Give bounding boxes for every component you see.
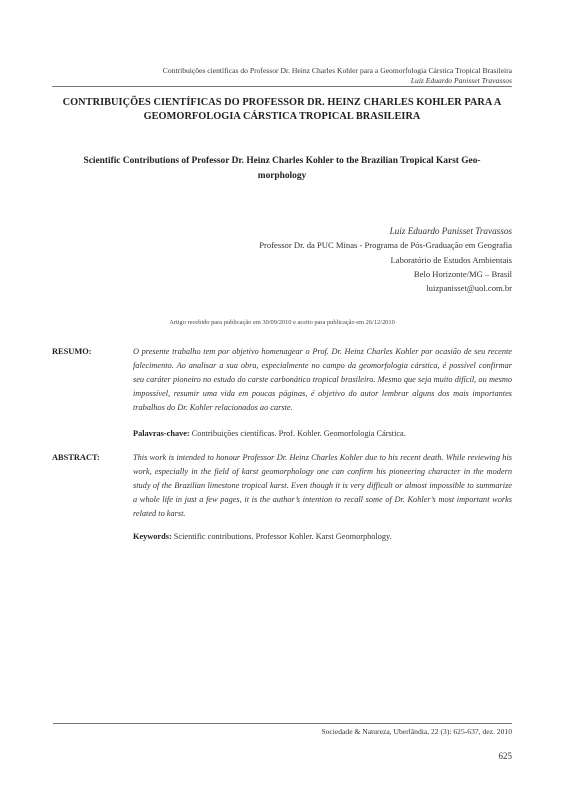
author-block: Luiz Eduardo Panisset Travassos Professo… (200, 224, 512, 295)
title-portuguese-line-1: CONTRIBUIÇÕES CIENTÍFICAS DO PROFESSOR D… (52, 96, 512, 110)
keywords-text: Scientific contributions. Professor Kohl… (174, 532, 392, 541)
title-portuguese: CONTRIBUIÇÕES CIENTÍFICAS DO PROFESSOR D… (52, 96, 512, 124)
received-note: Artigo recebido para publicação em 30/09… (52, 318, 512, 327)
palavras-chave-text: Contribuições científicas. Prof. Kohler.… (192, 429, 406, 438)
resumo-label: RESUMO: (52, 345, 130, 359)
keywords-label: Keywords: (133, 532, 174, 541)
running-head: Contribuições científicas do Professor D… (52, 66, 512, 86)
palavras-chave: Palavras-chave: Contribuições científica… (133, 428, 512, 440)
abstract-text: This work is intended to honour Professo… (133, 451, 512, 521)
footer-citation: Sociedade & Natureza, Uberlândia, 22 (3)… (52, 727, 512, 737)
palavras-chave-label: Palavras-chave: (133, 429, 192, 438)
title-english-line-1: Scientific Contributions of Professor Dr… (52, 154, 512, 169)
header-divider (52, 86, 512, 87)
title-portuguese-line-2: GEOMORFOLOGIA CÁRSTICA TROPICAL BRASILEI… (52, 110, 512, 124)
author-lab: Laboratório de Estudos Ambientais (200, 253, 512, 267)
running-head-title: Contribuições científicas do Professor D… (52, 66, 512, 76)
author-location: Belo Horizonte/MG – Brasil (200, 267, 512, 281)
title-english-line-2: morphology (52, 169, 512, 184)
running-head-author: Luiz Eduardo Panisset Travassos (52, 76, 512, 86)
title-english: Scientific Contributions of Professor Dr… (52, 154, 512, 184)
author-affiliation: Professor Dr. da PUC Minas - Programa de… (200, 238, 512, 252)
abstract-label: ABSTRACT: (52, 451, 130, 465)
footer-divider (53, 723, 512, 724)
keywords: Keywords: Scientific contributions. Prof… (133, 531, 512, 543)
author-name: Luiz Eduardo Panisset Travassos (200, 224, 512, 238)
page-number: 625 (452, 750, 512, 762)
resumo-text: O presente trabalho tem por objetivo hom… (133, 345, 512, 415)
author-email[interactable]: luizpanisset@uol.com.br (200, 281, 512, 295)
